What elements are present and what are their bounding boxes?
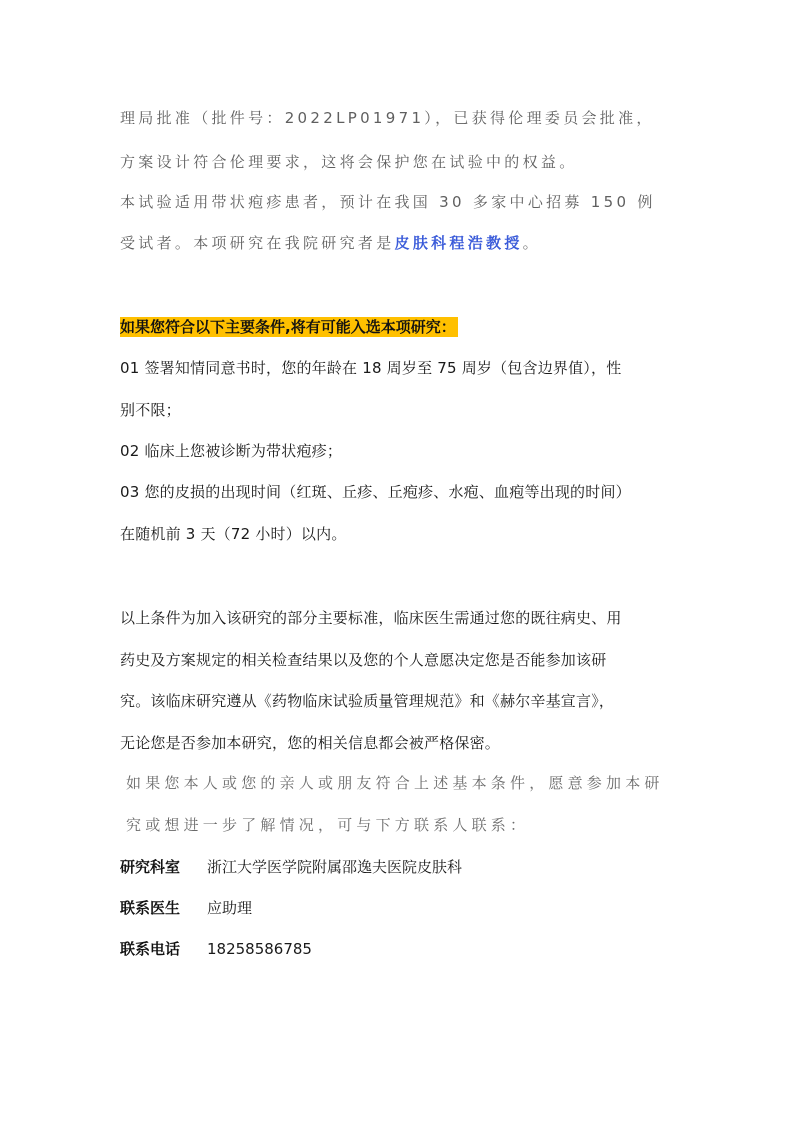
investigator-name: 皮肤科程浩教授 [395,234,523,252]
notice-line-4: 无论您是否参加本研究，您的相关信息都会被严格保密。 [120,733,500,753]
department-value: 浙江大学医学院附属邵逸夫医院皮肤科 [207,858,462,876]
intro-line-4-prefix: 受试者。本项研究在我院研究者是 [120,234,395,252]
invite-line-2: 究或想进一步了解情况，可与下方联系人联系： [126,815,529,835]
criteria-item-3-line-1: 03 您的皮损的出现时间（红斑、丘疹、丘疱疹、水疱、血疱等出现的时间） [120,482,631,502]
notice-line-3: 究。该临床研究遵从《药物临床试验质量管理规范》和《赫尔辛基宣言》， [120,691,614,711]
intro-line-2: 方案设计符合伦理要求，这将会保护您在试验中的权益。 [120,152,578,172]
contact-doctor-row: 联系医生应助理 [120,898,252,918]
doctor-label: 联系医生 [120,898,207,918]
contact-department-row: 研究科室浙江大学医学院附属邵逸夫医院皮肤科 [120,857,462,877]
intro-line-4-suffix: 。 [523,234,541,252]
department-label: 研究科室 [120,857,207,877]
criteria-item-1-line-2: 别不限； [120,400,181,420]
document-page: 理局批准（批件号：2022LP01971），已获得伦理委员会批准， 方案设计符合… [0,0,793,1122]
criteria-heading: 如果您符合以下主要条件,将有可能入选本项研究： [120,317,458,337]
criteria-item-1-line-1: 01 签署知情同意书时，您的年龄在 18 周岁至 75 周岁（包含边界值），性 [120,358,621,378]
criteria-item-3-line-2: 在随机前 3 天（72 小时）以内。 [120,524,347,544]
criteria-item-2: 02 临床上您被诊断为带状疱疹； [120,441,342,461]
criteria-heading-row: 如果您符合以下主要条件,将有可能入选本项研究： [120,317,458,337]
intro-line-4: 受试者。本项研究在我院研究者是皮肤科程浩教授。 [120,233,541,253]
notice-line-2: 药史及方案规定的相关检查结果以及您的个人意愿决定您是否能参加该研 [120,650,606,670]
invite-line-1: 如果您本人或您的亲人或朋友符合上述基本条件，愿意参加本研 [126,773,664,793]
intro-line-1: 理局批准（批件号：2022LP01971），已获得伦理委员会批准， [120,108,655,128]
intro-line-3: 本试验适用带状疱疹患者，预计在我国 30 多家中心招募 150 例 [120,192,656,212]
doctor-value: 应助理 [207,899,252,917]
notice-line-1: 以上条件为加入该研究的部分主要标准，临床医生需通过您的既往病史、用 [120,608,622,628]
contact-phone-row: 联系电话18258586785 [120,939,312,959]
phone-value[interactable]: 18258586785 [207,940,312,958]
phone-label: 联系电话 [120,939,207,959]
